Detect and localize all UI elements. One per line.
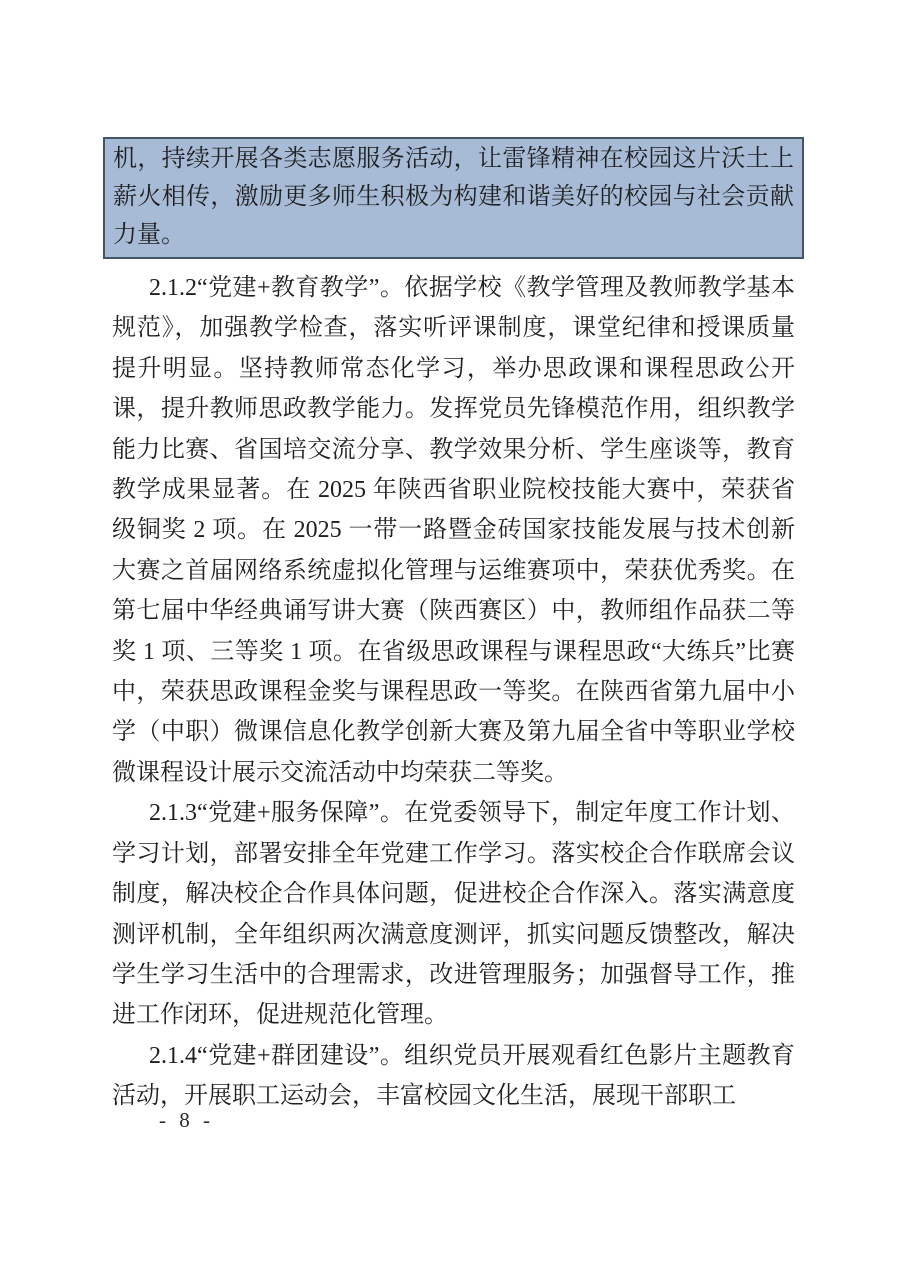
page-body: 机，持续开展各类志愿服务活动，让雷锋精神在校园这片沃土上薪火相传，激励更多师生积… — [112, 137, 795, 1117]
paragraph-2-1-2: 2.1.2“党建+教育教学”。依据学校《教学管理及教师教学基本规范》，加强教学检… — [112, 268, 795, 793]
page-number: - 8 - — [159, 1108, 214, 1133]
document-page: 机，持续开展各类志愿服务活动，让雷锋精神在校园这片沃土上薪火相传，激励更多师生积… — [0, 0, 900, 1273]
paragraph-2-1-3: 2.1.3“党建+服务保障”。在党委领导下，制定年度工作计划、学习计划，部署安排… — [112, 793, 795, 1035]
highlighted-paragraph: 机，持续开展各类志愿服务活动，让雷锋精神在校园这片沃土上薪火相传，激励更多师生积… — [103, 137, 804, 259]
paragraph-2-1-4: 2.1.4“党建+群团建设”。组织党员开展观看红色影片主题教育活动，开展职工运动… — [112, 1036, 795, 1117]
